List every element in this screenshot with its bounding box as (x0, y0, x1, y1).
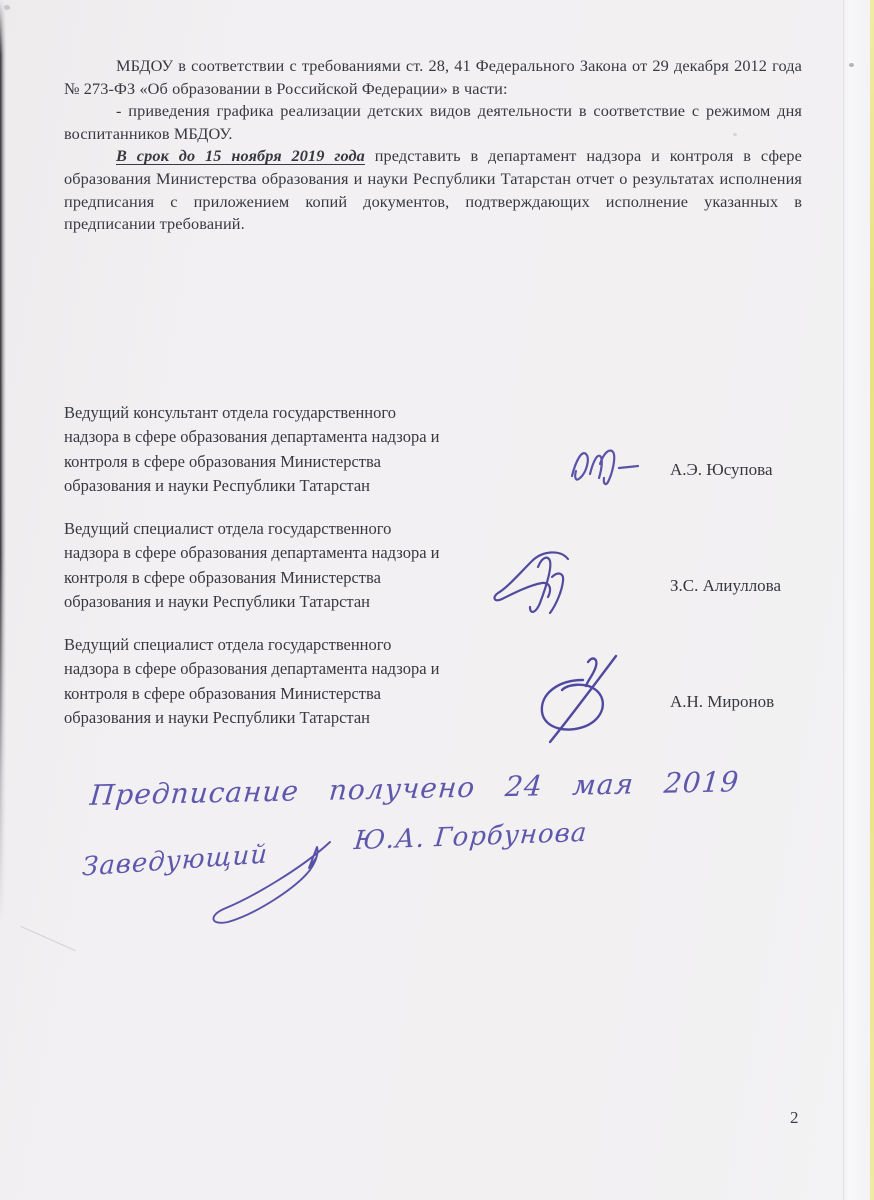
signature-autograph (526, 648, 631, 748)
scan-speck (849, 63, 854, 67)
page-number: 2 (790, 1108, 799, 1128)
signatory-title-line: надзора в сфере образования департамента… (64, 425, 824, 449)
signature-autograph (488, 545, 583, 623)
signatory-block-aliullova: Ведущий специалист отдела государственно… (64, 517, 824, 617)
signatory-title-line: надзора в сфере образования департамента… (64, 541, 824, 565)
paper-crease (20, 926, 75, 951)
signatory-title-line: Ведущий специалист отдела государственно… (64, 633, 824, 657)
signatory-title-line: Ведущий консультант отдела государственн… (64, 401, 824, 425)
scan-speck (4, 5, 10, 10)
signatory-title: Ведущий специалист отдела государственно… (64, 633, 824, 730)
signatory-name: А.Н. Миронов (670, 692, 774, 712)
signatory-name: З.С. Алиуллова (670, 576, 781, 596)
scan-right-yellow-edge (870, 0, 874, 1200)
signatory-block-mironov: Ведущий специалист отдела государственно… (64, 633, 824, 733)
signatory-title: Ведущий консультант отдела государственн… (64, 401, 824, 498)
scanned-document-page: МБДОУ в соответствии с требованиями ст. … (0, 0, 874, 1200)
scan-right-seam (843, 0, 871, 1200)
paragraph-law-reference: МБДОУ в соответствии с требованиями ст. … (64, 55, 802, 100)
signatory-title-line: Ведущий специалист отдела государственно… (64, 517, 824, 541)
handwritten-receipt-line: Предписание получено 24 мая 2019 (89, 765, 741, 812)
scan-left-edge-shadow (0, 0, 6, 925)
handwritten-recipient-name: Ю.А. Горбунова (353, 818, 589, 856)
document-body-text: МБДОУ в соответствии с требованиями ст. … (64, 55, 802, 236)
signatory-block-yusupova: Ведущий консультант отдела государственн… (64, 401, 824, 501)
paragraph-deadline: В срок до 15 ноября 2019 года представит… (64, 145, 802, 235)
signatory-title: Ведущий специалист отдела государственно… (64, 517, 824, 614)
signatory-name: А.Э. Юсупова (670, 460, 773, 480)
handwritten-signature (196, 832, 344, 932)
signatory-title-line: надзора в сфере образования департамента… (64, 657, 824, 681)
signature-autograph (566, 438, 656, 498)
paragraph-requirement: - приведения графика реализации детских … (64, 100, 802, 145)
deadline-emphasis: В срок до 15 ноября 2019 года (116, 146, 365, 165)
